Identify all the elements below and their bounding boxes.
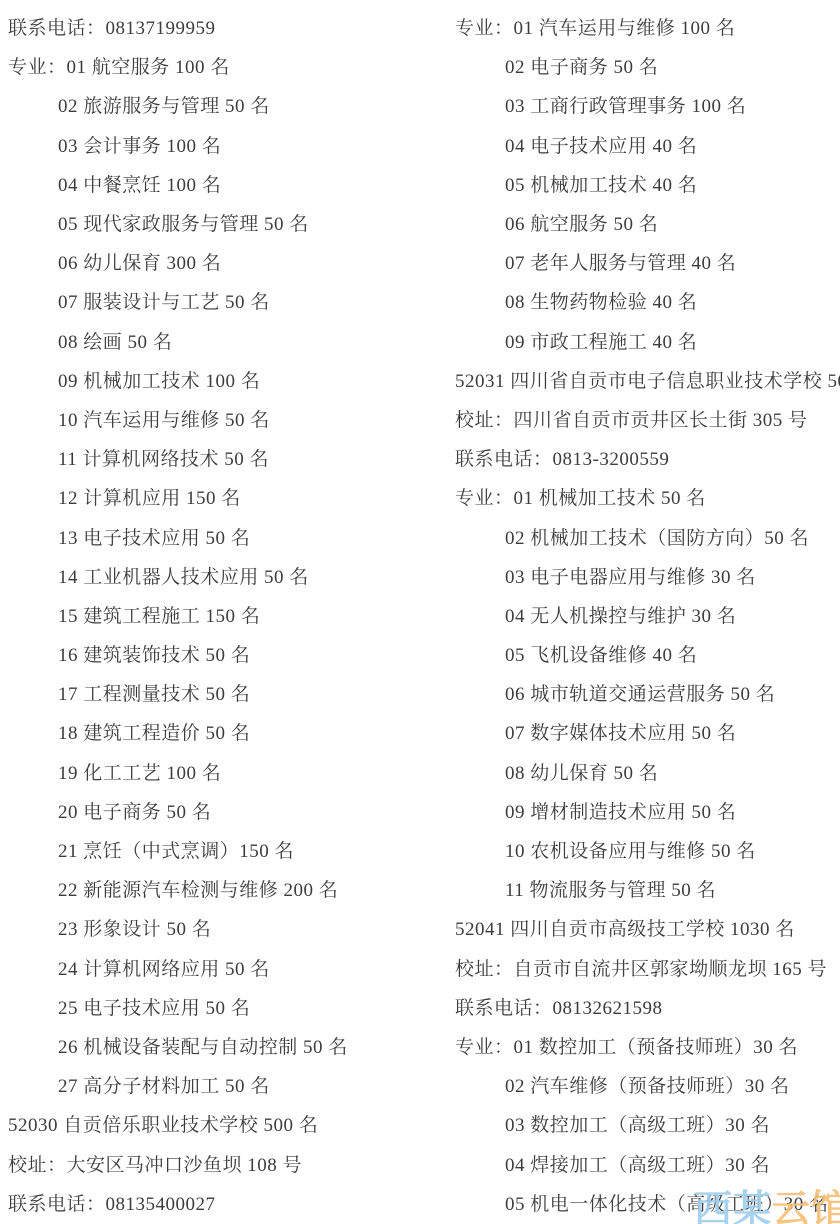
text-line: 22 新能源汽车检测与维修 200 名 [8,869,442,908]
text-line: 12 计算机应用 150 名 [8,477,442,516]
text-line: 联系电话：08135400027 [8,1183,442,1222]
text-line: 06 幼儿保育 300 名 [8,242,442,281]
text-line: 专业：01 汽车运用与维修 100 名 [455,7,840,46]
column-right: 专业：01 汽车运用与维修 100 名02 电子商务 50 名03 工商行政管理… [455,0,840,1222]
watermark: 西某云馆 [694,1190,840,1224]
text-line: 校址：自贡市自流井区郭家坳顺龙坝 165 号 [455,948,840,987]
text-line: 08 幼儿保育 50 名 [455,752,840,791]
text-line: 06 航空服务 50 名 [455,203,840,242]
text-line: 17 工程测量技术 50 名 [8,673,442,712]
text-line: 26 机械设备装配与自动控制 50 名 [8,1026,442,1065]
text-line: 25 电子技术应用 50 名 [8,987,442,1026]
text-line: 02 机械加工技术（国防方向）50 名 [455,516,840,555]
text-line: 04 电子技术应用 40 名 [455,125,840,164]
text-line: 52041 四川自贡市高级技工学校 1030 名 [455,908,840,947]
text-line: 05 飞机设备维修 40 名 [455,634,840,673]
text-line: 专业：01 机械加工技术 50 名 [455,477,840,516]
text-line: 校址：大安区马冲口沙鱼坝 108 号 [8,1143,442,1182]
page: 联系电话：08137199959专业：01 航空服务 100 名02 旅游服务与… [0,0,840,1224]
text-line: 联系电话：08137199959 [8,7,442,46]
text-line: 09 增材制造技术应用 50 名 [455,791,840,830]
text-line: 16 建筑装饰技术 50 名 [8,634,442,673]
text-line: 11 物流服务与管理 50 名 [455,869,840,908]
text-line: 07 老年人服务与管理 40 名 [455,242,840,281]
watermark-char: 某 [733,1187,772,1224]
text-line: 02 汽车维修（预备技师班）30 名 [455,1065,840,1104]
watermark-char: 云 [772,1187,811,1224]
text-line: 02 电子商务 50 名 [455,46,840,85]
text-line: 05 机械加工技术 40 名 [455,164,840,203]
text-line: 07 服装设计与工艺 50 名 [8,281,442,320]
text-line: 21 烹饪（中式烹调）150 名 [8,830,442,869]
text-line: 04 无人机操控与维护 30 名 [455,595,840,634]
text-line: 08 绘画 50 名 [8,321,442,360]
text-line: 15 建筑工程施工 150 名 [8,595,442,634]
watermark-char: 西 [694,1187,733,1224]
text-line: 06 城市轨道交通运营服务 50 名 [455,673,840,712]
text-line: 24 计算机网络应用 50 名 [8,948,442,987]
text-line: 52030 自贡倍乐职业技术学校 500 名 [8,1104,442,1143]
text-line: 04 焊接加工（高级工班）30 名 [455,1143,840,1182]
text-line: 11 计算机网络技术 50 名 [8,438,442,477]
text-line: 20 电子商务 50 名 [8,791,442,830]
text-line: 专业：01 航空服务 100 名 [8,46,442,85]
column-left: 联系电话：08137199959专业：01 航空服务 100 名02 旅游服务与… [8,0,442,1222]
text-line: 27 高分子材料加工 50 名 [8,1065,442,1104]
text-line: 14 工业机器人技术应用 50 名 [8,556,442,595]
text-line: 03 会计事务 100 名 [8,125,442,164]
text-line: 03 电子电器应用与维修 30 名 [455,556,840,595]
text-line: 04 中餐烹饪 100 名 [8,164,442,203]
text-line: 联系电话：0813-3200559 [455,438,840,477]
text-line: 23 形象设计 50 名 [8,908,442,947]
text-line: 52031 四川省自贡市电子信息职业技术学校 500 名 [455,360,840,399]
text-line: 联系电话：08132621598 [455,987,840,1026]
text-line: 13 电子技术应用 50 名 [8,516,442,555]
text-line: 19 化工工艺 100 名 [8,752,442,791]
text-line: 03 数控加工（高级工班）30 名 [455,1104,840,1143]
text-line: 02 旅游服务与管理 50 名 [8,85,442,124]
text-line: 05 现代家政服务与管理 50 名 [8,203,442,242]
text-line: 08 生物药物检验 40 名 [455,281,840,320]
text-line: 09 机械加工技术 100 名 [8,360,442,399]
text-line: 07 数字媒体技术应用 50 名 [455,712,840,751]
text-line: 03 工商行政管理事务 100 名 [455,85,840,124]
text-line: 18 建筑工程造价 50 名 [8,712,442,751]
text-line: 09 市政工程施工 40 名 [455,321,840,360]
text-line: 校址：四川省自贡市贡井区长土街 305 号 [455,399,840,438]
text-line: 10 汽车运用与维修 50 名 [8,399,442,438]
text-line: 10 农机设备应用与维修 50 名 [455,830,840,869]
watermark-char: 馆 [811,1187,840,1224]
text-line: 专业：01 数控加工（预备技师班）30 名 [455,1026,840,1065]
